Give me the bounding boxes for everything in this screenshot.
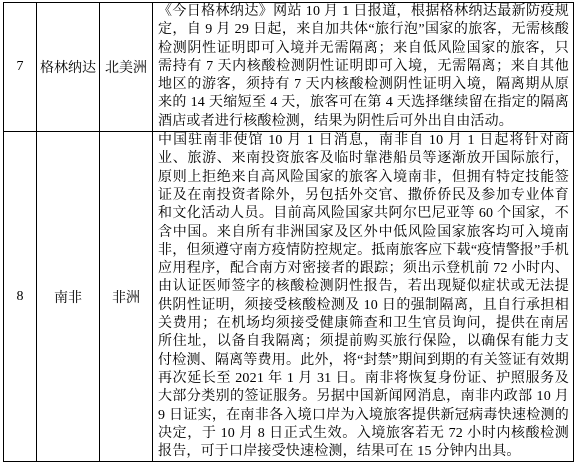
country-name: 格林纳达: [37, 3, 100, 132]
continent-name: 非洲: [100, 132, 153, 462]
row-number: 8: [4, 132, 37, 462]
table-row: 8 南非 非洲 中国驻南非使馆 10 月 1 日消息，南非自 10 月 1 日起…: [4, 132, 574, 462]
row-number: 7: [4, 3, 37, 132]
policy-description: 中国驻南非使馆 10 月 1 日消息，南非自 10 月 1 日起将针对商业、旅游…: [153, 132, 574, 462]
continent-name: 北美洲: [100, 3, 153, 132]
travel-policy-table: 7 格林纳达 北美洲 《今日格林纳达》网站 10 月 1 日报道，根据格林纳达最…: [3, 2, 574, 462]
policy-description: 《今日格林纳达》网站 10 月 1 日报道，根据格林纳达最新防疫规定，自 9 月…: [153, 3, 574, 132]
country-name: 南非: [37, 132, 100, 462]
table-row: 7 格林纳达 北美洲 《今日格林纳达》网站 10 月 1 日报道，根据格林纳达最…: [4, 3, 574, 132]
